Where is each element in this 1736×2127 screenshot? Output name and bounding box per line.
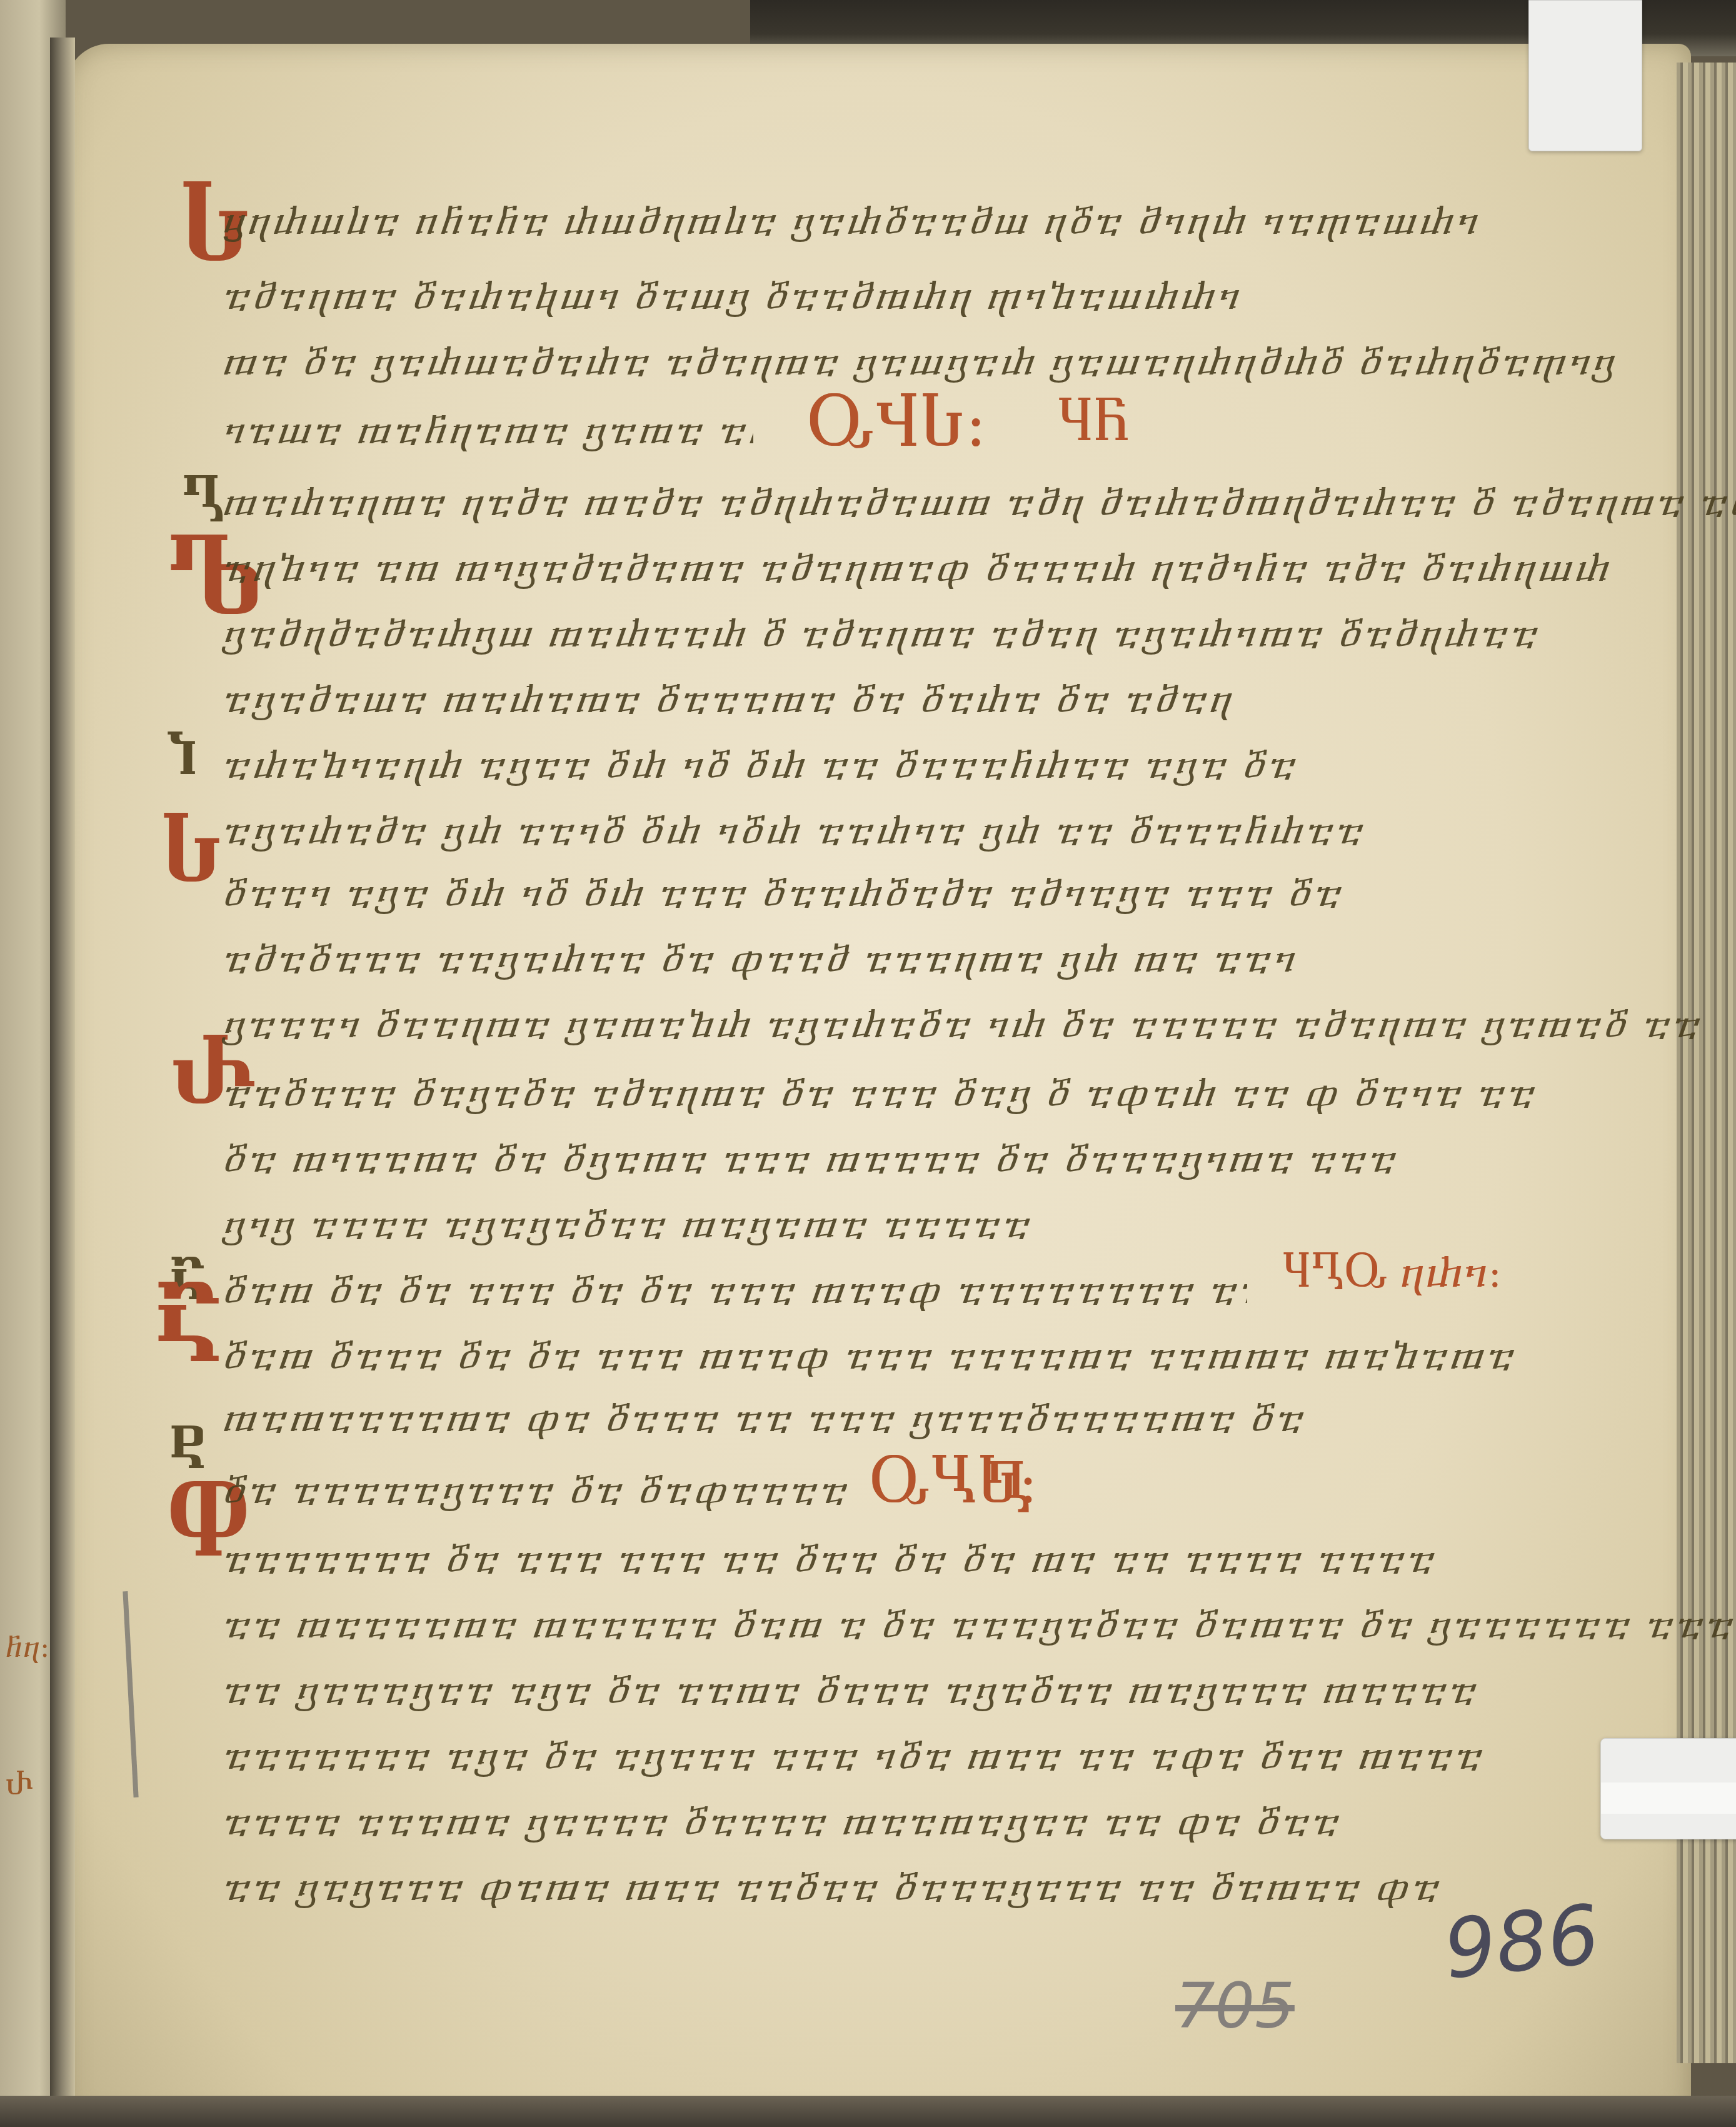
text-line: ⴃⴀ ⴊⴈⴀⴀⴊⴀ ⴃⴀ ⴃⴂⴀⴊⴀ ⴀⴀⴀ ⴊⴀⴀⴀⴀ ⴃⴀ ⴃⴀⴀⴀⴂⴈⴊⴀ… [222, 1138, 1398, 1180]
text-line: ⴀⴀⴀⴀ ⴀⴀⴀⴊⴀ ⴂⴀⴀⴀⴀ ⴃⴀⴀⴀⴀ ⴊⴀⴀⴊⴀⴂⴀⴀ ⴀⴀ ⴔⴀ ⴃⴀ… [222, 1801, 1341, 1843]
text-line: ⴀⴂⴀⴐⴀⴋⴀ ⴂⴐ ⴀⴀⴈⴃ ⴃⴐ ⴈⴃⴐ ⴀⴀⴐⴈⴀ ⴂⴐ ⴀⴀ ⴃⴀⴀⴀⴌ… [222, 810, 1365, 852]
paper-slip-side [1600, 1738, 1736, 1839]
text-line: ⴀⴀⴀⴀⴀⴀⴀ ⴀⴂⴀ ⴃⴀ ⴀⴂⴀⴀⴀ ⴀⴀⴀ ⴈⴃⴀ ⴊⴀⴀ ⴀⴀ ⴀⴔⴀ … [222, 1735, 1484, 1778]
text-line: ⴀⴀ ⴂⴀⴂⴀⴀⴀ ⴔⴀⴊⴀ ⴊⴀⴀ ⴀⴀⴃⴀⴀ ⴃⴀⴀⴀⴂⴀⴀⴀ ⴀⴀ ⴃⴀⴊ… [222, 1866, 1441, 1909]
text-line: ⴀⴀⴀⴀⴀⴀⴀ ⴃⴀ ⴀⴀⴀ ⴀⴀⴀ ⴀⴀ ⴃⴀⴀ ⴃⴀ ⴃⴀ ⴊⴀ ⴀⴀ ⴀⴀ… [222, 1538, 1436, 1581]
rubric-initial: Ⴂ [985, 1457, 1031, 1522]
rubric-heading: ႷႢႭ ⴄⴐⴈ: [1282, 1250, 1502, 1297]
folio-number: 986 [1440, 1886, 1604, 1997]
binding-bottom [0, 2096, 1736, 2127]
gutter [50, 38, 75, 2101]
text-line: ⴀⴀ ⴂⴀⴀⴀⴂⴀⴀ ⴀⴂⴀ ⴃⴀ ⴀⴀⴊⴀ ⴃⴀⴀⴀ ⴀⴂⴀⴃⴀⴀ ⴊⴀⴂⴀⴀ… [222, 1669, 1478, 1712]
text-line: ⴀⴂⴀⴋⴀⴍⴀ ⴊⴀⴐⴀⴊⴀ ⴃⴀⴀⴀⴊⴀ ⴃⴀ ⴃⴀⴐⴀ ⴃⴀ ⴀⴋⴀⴄ [222, 678, 1233, 721]
text-line: ⴀⴀⴃⴀⴀⴀ ⴃⴀⴂⴀⴃⴀ ⴀⴋⴀⴄⴊⴀ ⴃⴀ ⴀⴀⴀ ⴃⴀⴂ ⴃ ⴀⴔⴀⴐ ⴀ… [222, 1072, 1536, 1115]
rubric-abbreviation: ႷႬ [1056, 394, 1130, 452]
text-line: ⴂⴀⴀⴀⴈ ⴃⴀⴀⴄⴊⴀ ⴂⴀⴊⴀⴆⴐ ⴀⴂⴀⴐⴀⴃⴀ ⴈⴐ ⴃⴀ ⴀⴀⴀⴀⴀ … [222, 1003, 1702, 1046]
text-line: ⴃⴀⴊ ⴃⴀⴀⴀ ⴃⴀ ⴃⴀ ⴀⴀⴀ ⴊⴀⴀⴔ ⴀⴀⴀ ⴀⴀⴀⴀⴊⴀ ⴀⴀⴊⴊⴀ… [222, 1335, 1516, 1377]
text-line: ⴊⴀ ⴃⴀ ⴂⴀⴐⴍⴀⴋⴀⴐⴀ ⴀⴋⴀⴄⴊⴀ ⴂⴀⴍⴂⴀⴐ ⴂⴀⴍⴀⴄⴐⴄⴋⴐⴃ… [222, 341, 1617, 383]
text-line: ⴁⴄⴐⴍⴑⴀ ⴖⴌⴀⴌⴀ ⴐⴍⴋⴄⴊⴑⴀ ⴂⴀⴐⴃⴀⴀⴋⴍ ⴄⴃⴀ ⴋⴈⴄⴐ ⴈ… [222, 200, 1479, 243]
paper-slip-top [1528, 0, 1642, 151]
initial-letter: Ⴒ [169, 1426, 206, 1476]
text-line: ⴃⴀ ⴀⴀⴀⴀⴀⴂⴀⴀⴀ ⴃⴀ ⴃⴀⴔⴀⴀⴀⴀⴀ [222, 1469, 847, 1512]
facing-page-mark: Ⴐ [5, 1769, 34, 1801]
initial-letter: Ⴑ [159, 813, 224, 894]
initial-letter: Ⴂ [181, 475, 224, 525]
text-line: ⴀⴋⴀⴃⴀⴀⴀ ⴀⴀⴂⴀⴐⴀⴀ ⴃⴀ ⴔⴀⴀⴋ ⴀⴀⴀⴄⴊⴀ ⴂⴐ ⴊⴀ ⴀⴀⴈ [222, 938, 1297, 980]
text-line: ⴈⴀⴍⴀ ⴊⴀⴌⴄⴀⴊⴀ ⴂⴀⴊⴀ ⴀⴍⴀ [222, 410, 753, 452]
text-line: ⴂⴈⴂ ⴀⴀⴀⴀ ⴀⴂⴀⴂⴀⴃⴀⴀ ⴊⴀⴂⴀⴊⴀ ⴀⴀⴀⴀⴀ [222, 1204, 1031, 1246]
initial-letter: Ⴈ [166, 732, 198, 782]
text-line: ⴃⴀⴊ ⴃⴀ ⴃⴀ ⴀⴀⴀ ⴃⴀ ⴃⴀ ⴀⴀⴀ ⴊⴀⴀⴔ ⴀⴀⴀⴀⴀⴀⴀⴀ ⴀⴀ… [222, 1269, 1247, 1312]
text-line: ⴊⴀⴐⴀⴄⴊⴀ ⴄⴀⴋⴀ ⴊⴀⴋⴀ ⴀⴋⴄⴐⴀⴋⴀⴍⴊ ⴀⴋⴄ ⴋⴀⴐⴀⴋⴊⴄⴋ… [222, 481, 1736, 524]
text-line: ⴀⴋⴀⴄⴊⴀ ⴃⴀⴐⴀⴉⴍⴈ ⴃⴀⴍⴂ ⴃⴀⴀⴋⴊⴐⴄ ⴅⴈⴆⴀⴍⴐⴐⴈ [222, 275, 1240, 318]
initial-letter: Ⴀ [153, 1282, 224, 1375]
rubric-heading: ႭჃႱ: [806, 388, 986, 461]
text-line: ⴀⴐⴀⴆⴈⴀⴄⴐ ⴀⴂⴀⴀ ⴃⴐ ⴈⴃ ⴃⴐ ⴀⴀ ⴃⴀⴀⴀⴌⴐⴀⴀ ⴀⴂⴀ ⴃ… [222, 744, 1297, 787]
text-line: ⴃⴀⴀⴈ ⴀⴂⴀ ⴃⴐ ⴈⴃ ⴃⴐ ⴀⴀⴀ ⴃⴀⴀⴐⴃⴀⴋⴀ ⴀⴋⴈⴀⴂⴀ ⴀⴀ… [222, 872, 1343, 915]
text-line: ⴀⴀ ⴊⴀⴀⴀⴀⴊⴀ ⴊⴀⴀⴀⴀⴀ ⴃⴀⴊ ⴀ ⴃⴀ ⴀⴀⴀⴂⴀⴃⴀⴀ ⴃⴀⴊⴀ… [222, 1604, 1736, 1646]
text-line: ⴀⴄⴆⴈⴀ ⴀⴊ ⴊⴈⴂⴀⴋⴀⴋⴀⴊⴀ ⴀⴋⴀⴄⴊⴀⴔ ⴃⴀⴀⴀⴐ ⴄⴀⴋⴈⴌⴀ… [222, 547, 1611, 590]
old-folio-number: 705 [1175, 1969, 1295, 2043]
facing-page-mark: ⴌⴄ: [5, 1632, 49, 1664]
text-line: ⴊⴀⴊⴀⴀⴀⴀⴊⴀ ⴔⴀ ⴃⴀⴀⴀ ⴀⴀ ⴀⴀⴀ ⴂⴀⴀⴀⴃⴀⴀⴀⴀⴊⴀ ⴃⴀ [222, 1397, 1305, 1440]
text-line: ⴂⴀⴋⴄⴋⴀⴋⴀⴐⴂⴍ ⴊⴀⴐⴀⴀⴐ ⴃ ⴀⴋⴀⴄⴊⴀ ⴀⴋⴀⴄ ⴀⴂⴀⴐⴈⴊⴀ… [222, 613, 1539, 655]
